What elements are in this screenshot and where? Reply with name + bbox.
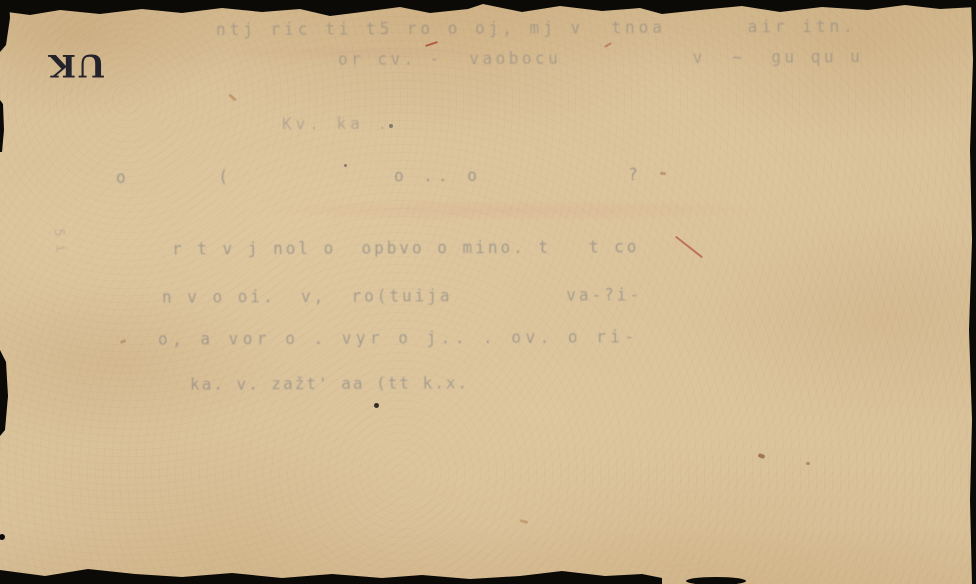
ink-dot [374, 403, 379, 408]
ink-dot [389, 124, 393, 128]
ghost-line: or cv. - vaobocu v ~ gu qu u [338, 46, 863, 69]
ink-dot [344, 164, 347, 167]
ghost-line: o ( o .. o ? [116, 164, 643, 187]
ghost-line: Kv. ka . [282, 113, 391, 134]
ghost-line: ntj ric ti t5 ro o oj, mj v tnoa air itn… [216, 16, 857, 39]
ghost-line: ka. v. zažt' aa (tt k.x. [190, 373, 469, 394]
ghost-line: r t v j nol o opbvo o mino. t t co [172, 236, 640, 258]
scanned-document: UK ntj ric ti t5 ro o oj, mj v tnoa air … [0, 0, 976, 584]
ghost-line: n v o oi. v, ro(tuija va-?i- [162, 284, 642, 306]
uk-stamp: UK [44, 44, 108, 84]
brown-speck [806, 462, 810, 465]
ghost-line: o, a vor o . vyr o j.. . ov. o ri- [158, 326, 639, 348]
